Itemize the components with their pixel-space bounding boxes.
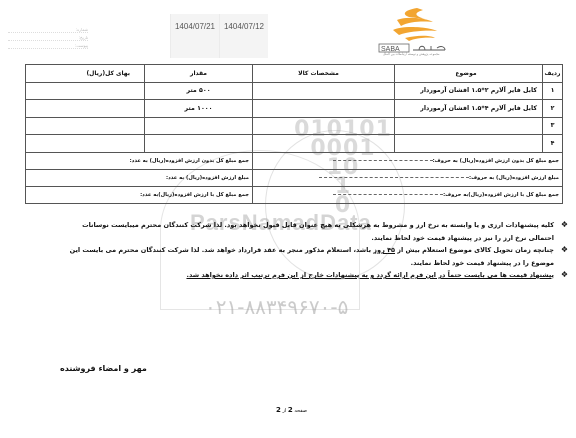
row-specs[interactable] bbox=[253, 100, 395, 118]
row-index: ۳ bbox=[543, 117, 563, 135]
grand-total-in-words[interactable]: جمع مبلغ کل با ارزش افزوده(ریال)به حروف: bbox=[253, 186, 563, 203]
row-subject[interactable] bbox=[395, 135, 543, 153]
grand-total-words-label: جمع مبلغ کل با ارزش افزوده(ریال)به حروف: bbox=[443, 192, 559, 198]
row-total[interactable] bbox=[26, 135, 145, 153]
meta-attachment-label: پیوست: bbox=[8, 41, 88, 49]
logo-caption: مجموعه پژوهش و توسعه ارتباطات بین الملل bbox=[383, 52, 440, 56]
row-total[interactable] bbox=[26, 82, 145, 100]
subtotal-words-label: جمع مبلغ کل بدون ارزش افزوده(ریال) به حر… bbox=[433, 158, 559, 164]
note-text: چنانچه زمان تحویل کالای موضوع استعلام بی… bbox=[395, 246, 554, 254]
page-total: 2 bbox=[276, 406, 281, 414]
row-total[interactable] bbox=[26, 100, 145, 118]
watermark-phone: ۰۲۱-۸۸۳۴۹۶۷۰-۵ bbox=[205, 295, 348, 319]
saba-logo-icon: SABA bbox=[375, 4, 455, 56]
row-specs[interactable] bbox=[253, 135, 395, 153]
diamond-bullet-icon: ❖ bbox=[561, 219, 568, 232]
document-meta: شماره: تاریخ: پیوست: bbox=[8, 25, 88, 49]
row-subject[interactable] bbox=[395, 117, 543, 135]
row-total[interactable] bbox=[26, 117, 145, 135]
vat-digits-label: مبلغ ارزش افزوده(ریال) به عدد: bbox=[166, 175, 249, 181]
note-currency: ❖ کلیه پیشنهادات ارزی و یا وابسته به نرخ… bbox=[60, 219, 568, 244]
note-text: کلیه پیشنهادات ارزی و یا وابسته به نرخ ا… bbox=[82, 221, 554, 242]
page-prefix: صفحه bbox=[294, 408, 307, 414]
vat-in-words[interactable]: مبلغ ارزش افزوده(ریال) به حروف: bbox=[253, 169, 563, 186]
grand-total-in-digits[interactable]: جمع مبلغ کل با ارزش افزوده(ریال)به عدد: bbox=[26, 186, 253, 203]
header-row-index: ردیف bbox=[543, 65, 563, 83]
note-form-required: ❖ پیشنهاد قیمت ها می بایست حتماً در این … bbox=[60, 269, 568, 282]
row-specs[interactable] bbox=[253, 82, 395, 100]
grand-total-digits-label: جمع مبلغ کل با ارزش افزوده(ریال)به عدد: bbox=[140, 192, 249, 198]
date-box: 1404/07/21 1404/07/12 bbox=[170, 14, 268, 58]
diamond-bullet-icon: ❖ bbox=[561, 244, 568, 257]
table-row: ۱ کابل فایر آلارم ۲*۱.۵ افشان آرموردار ۵… bbox=[26, 82, 563, 100]
row-quantity: ۵۰۰ متر bbox=[145, 82, 253, 100]
row-subject: کابل فایر آلارم ۲*۱.۵ افشان آرموردار bbox=[395, 82, 543, 100]
table-row: ۳ bbox=[26, 117, 563, 135]
page-number: صفحه 2 از 2 bbox=[276, 406, 307, 414]
table-row: ۲ کابل فایر آلارم ۴*۱.۵ افشان آرموردار ۱… bbox=[26, 100, 563, 118]
row-quantity[interactable] bbox=[145, 135, 253, 153]
diamond-bullet-icon: ❖ bbox=[561, 269, 568, 282]
note-text: پیشنهاد قیمت ها می بایست حتماً در این فر… bbox=[186, 271, 554, 279]
summary-row-grand-total: جمع مبلغ کل با ارزش افزوده(ریال)به حروف:… bbox=[26, 186, 563, 203]
fill-line bbox=[333, 194, 443, 195]
row-quantity: ۱۰۰۰ متر bbox=[145, 100, 253, 118]
fill-line bbox=[333, 160, 433, 161]
header-subject: موضوع bbox=[395, 65, 543, 83]
header-specs: مشخصات کالا bbox=[253, 65, 395, 83]
table-row: ۴ bbox=[26, 135, 563, 153]
row-subject: کابل فایر آلارم ۴*۱.۵ افشان آرموردار bbox=[395, 100, 543, 118]
quote-table: ردیف موضوع مشخصات کالا مقدار بهای کل(ریا… bbox=[25, 64, 563, 204]
delivery-days: ۴۵ روز bbox=[373, 246, 395, 254]
row-quantity[interactable] bbox=[145, 117, 253, 135]
row-index: ۱ bbox=[543, 82, 563, 100]
seller-signature-label: مهر و امضاء فروشنده bbox=[60, 364, 147, 373]
table-header-row: ردیف موضوع مشخصات کالا مقدار بهای کل(ریا… bbox=[26, 65, 563, 83]
meta-number-label: شماره: bbox=[8, 25, 88, 33]
vat-words-label: مبلغ ارزش افزوده(ریال) به حروف: bbox=[469, 175, 559, 181]
date-deadline: 1404/07/21 bbox=[170, 14, 219, 58]
page-of: از bbox=[282, 408, 286, 414]
vat-in-digits[interactable]: مبلغ ارزش افزوده(ریال) به عدد: bbox=[26, 169, 253, 186]
summary-row-vat: مبلغ ارزش افزوده(ریال) به حروف: مبلغ ارز… bbox=[26, 169, 563, 186]
subtotal-in-digits[interactable]: جمع مبلغ کل بدون ارزش افزوده(ریال) به عد… bbox=[26, 152, 253, 169]
page-current: 2 bbox=[288, 406, 293, 414]
header-total-price: بهای کل(ریال) bbox=[26, 65, 145, 83]
date-issued: 1404/07/12 bbox=[219, 14, 268, 58]
header-quantity: مقدار bbox=[145, 65, 253, 83]
note-delivery: ❖ چنانچه زمان تحویل کالای موضوع استعلام … bbox=[60, 244, 568, 269]
terms-notes: ❖ کلیه پیشنهادات ارزی و یا وابسته به نرخ… bbox=[60, 219, 568, 282]
row-index: ۲ bbox=[543, 100, 563, 118]
row-specs[interactable] bbox=[253, 117, 395, 135]
row-index: ۴ bbox=[543, 135, 563, 153]
summary-row-subtotal: جمع مبلغ کل بدون ارزش افزوده(ریال) به حر… bbox=[26, 152, 563, 169]
subtotal-digits-label: جمع مبلغ کل بدون ارزش افزوده(ریال) به عد… bbox=[130, 158, 249, 164]
subtotal-in-words[interactable]: جمع مبلغ کل بدون ارزش افزوده(ریال) به حر… bbox=[253, 152, 563, 169]
fill-line bbox=[319, 177, 469, 178]
meta-date-label: تاریخ: bbox=[8, 33, 88, 41]
